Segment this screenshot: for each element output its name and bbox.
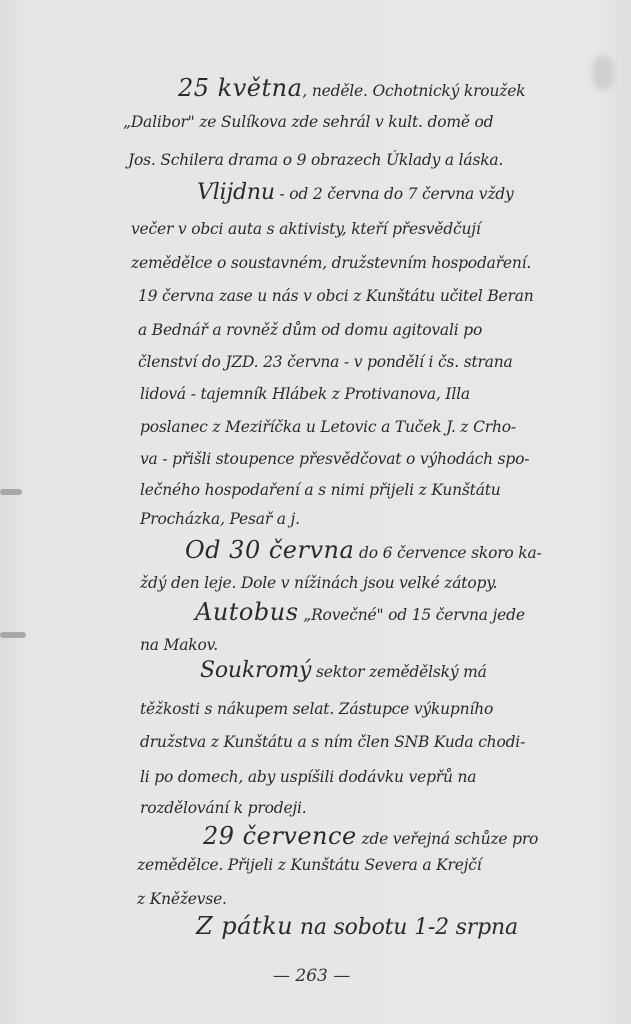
text-line: va - přišli stoupence přesvědčovat o výh… (140, 450, 529, 468)
text-line: těžkosti s nákupem selat. Zástupce výkup… (140, 700, 493, 718)
text-line: poslanec z Meziříčka u Letovic a Tuček J… (140, 418, 516, 436)
text-line: Autobus „Rovečné" od 15 června jede (195, 598, 525, 626)
binding-hole (0, 632, 26, 638)
text-line: z Kněževse. (137, 890, 227, 908)
text-line: družstva z Kunštátu a s ním člen SNB Kud… (140, 733, 525, 751)
text-line: Jos. Schilera drama o 9 obrazech Úklady … (128, 151, 503, 169)
text-line: Vlijdnu - od 2 června do 7 června vždy (197, 180, 514, 205)
text-line: li po domech, aby uspíšili dodávku vepřů… (140, 768, 476, 786)
text-line: ždý den leje. Dole v nížinách jsou velké… (140, 574, 497, 592)
text-line: lečného hospodaření a s nimi přijeli z K… (140, 481, 501, 499)
paper-stain (592, 55, 614, 91)
document-page: 25 května, neděle. Ochotnický kroužek „D… (0, 0, 631, 1024)
page-number: — 263 — (273, 966, 350, 986)
text-line: členství do JZD. 23 června - v pondělí i… (138, 353, 513, 371)
text-line: 25 května, neděle. Ochotnický kroužek (178, 74, 525, 102)
text-line: 29 července zde veřejná schůze pro (203, 822, 538, 850)
text-line: Soukromý sektor zemědělský má (200, 658, 487, 683)
text-line: rozdělování k prodeji. (140, 799, 307, 817)
text-line: zemědělce. Přijeli z Kunštátu Severa a K… (137, 856, 482, 874)
text-line: a Bednář a rovněž dům od domu agitovali … (138, 321, 482, 339)
binding-hole (0, 489, 22, 495)
text-line: na Makov. (140, 636, 218, 654)
text-line: lidová - tajemník Hlábek z Protivanova, … (140, 385, 470, 403)
text-line: večer v obci auta s aktivisty, kteří pře… (131, 220, 481, 238)
text-line: 19 června zase u nás v obci z Kunštátu u… (138, 287, 534, 305)
text-line: „Dalibor" ze Sulíkova zde sehrál v kult.… (123, 113, 493, 131)
text-line: Od 30 června do 6 července skoro ka- (185, 536, 542, 564)
text-line: Z pátku na sobotu 1-2 srpna (196, 912, 518, 940)
text-line: Procházka, Pesař a j. (140, 510, 300, 528)
text-line: zemědělce o soustavném, družstevním hosp… (131, 254, 531, 272)
